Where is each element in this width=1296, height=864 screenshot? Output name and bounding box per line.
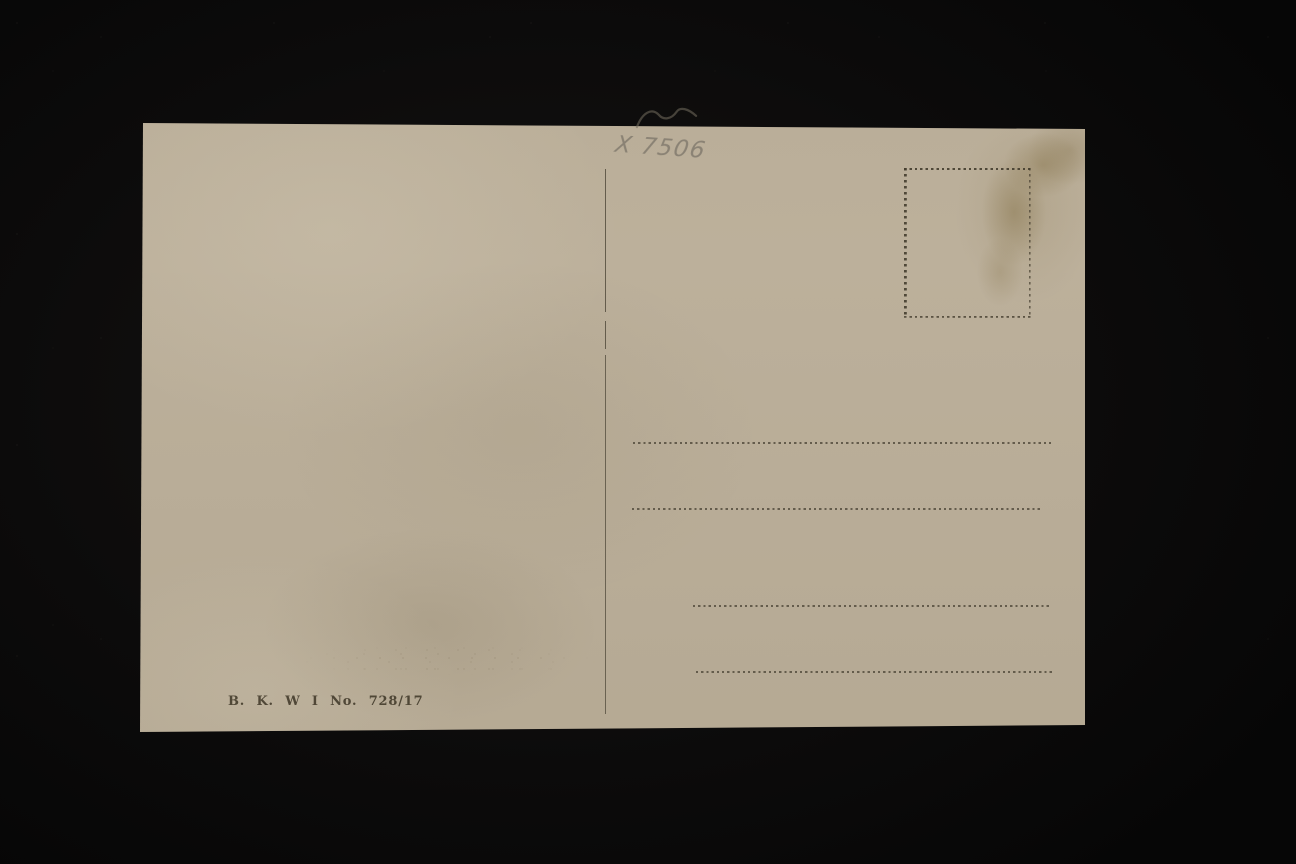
address-line bbox=[632, 508, 1043, 510]
handwritten-number: X 7506 bbox=[613, 132, 708, 164]
address-line bbox=[633, 442, 1052, 444]
publisher-imprint: B. K. W I No. 728/17 bbox=[228, 694, 423, 709]
divider-line bbox=[605, 169, 606, 714]
photo-background: B. K. W I No. 728/17 X 7506 bbox=[0, 0, 1296, 864]
address-line bbox=[696, 671, 1052, 673]
address-line bbox=[693, 605, 1052, 607]
speckle-stain bbox=[300, 645, 595, 675]
stamp-box bbox=[904, 168, 1031, 318]
